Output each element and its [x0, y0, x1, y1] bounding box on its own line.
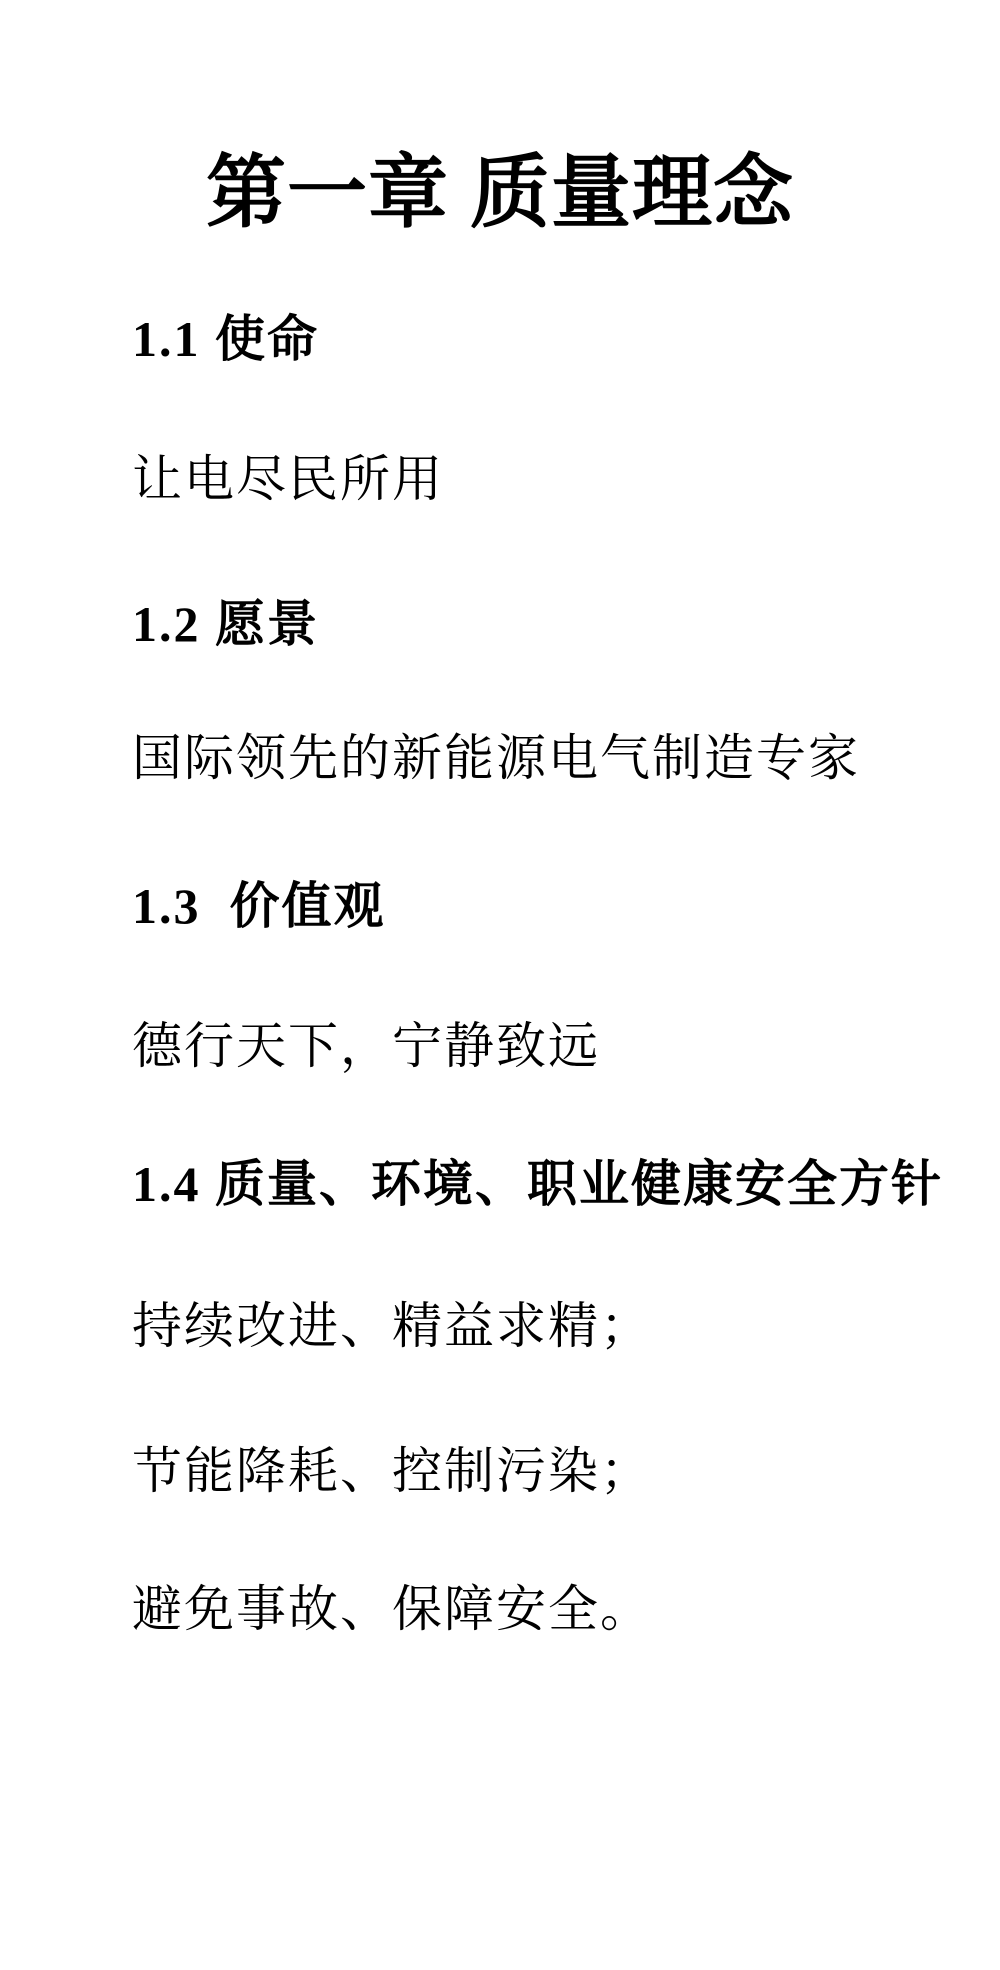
section-heading-values: 1.3 价值观 — [132, 879, 386, 934]
chapter-title: 第一章 质量理念 — [0, 152, 1000, 236]
paragraph-policy-improve: 持续改进、精益求精； — [132, 1299, 652, 1354]
paragraph-policy-energy: 节能降耗、控制污染； — [132, 1444, 652, 1499]
paragraph-values: 德行天下，宁静致远 — [132, 1019, 600, 1074]
section-heading-vision: 1.2 愿景 — [132, 597, 319, 652]
document-page: 第一章 质量理念 1.1 使命 让电尽民所用 1.2 愿景 国际领先的新能源电气… — [0, 0, 1000, 1970]
section-heading-mission: 1.1 使命 — [132, 312, 319, 367]
section-heading-policy: 1.4 质量、环境、职业健康安全方针 — [132, 1157, 943, 1212]
paragraph-mission: 让电尽民所用 — [132, 452, 444, 507]
paragraph-policy-safety: 避免事故、保障安全。 — [132, 1582, 652, 1637]
paragraph-vision: 国际领先的新能源电气制造专家 — [132, 731, 860, 786]
